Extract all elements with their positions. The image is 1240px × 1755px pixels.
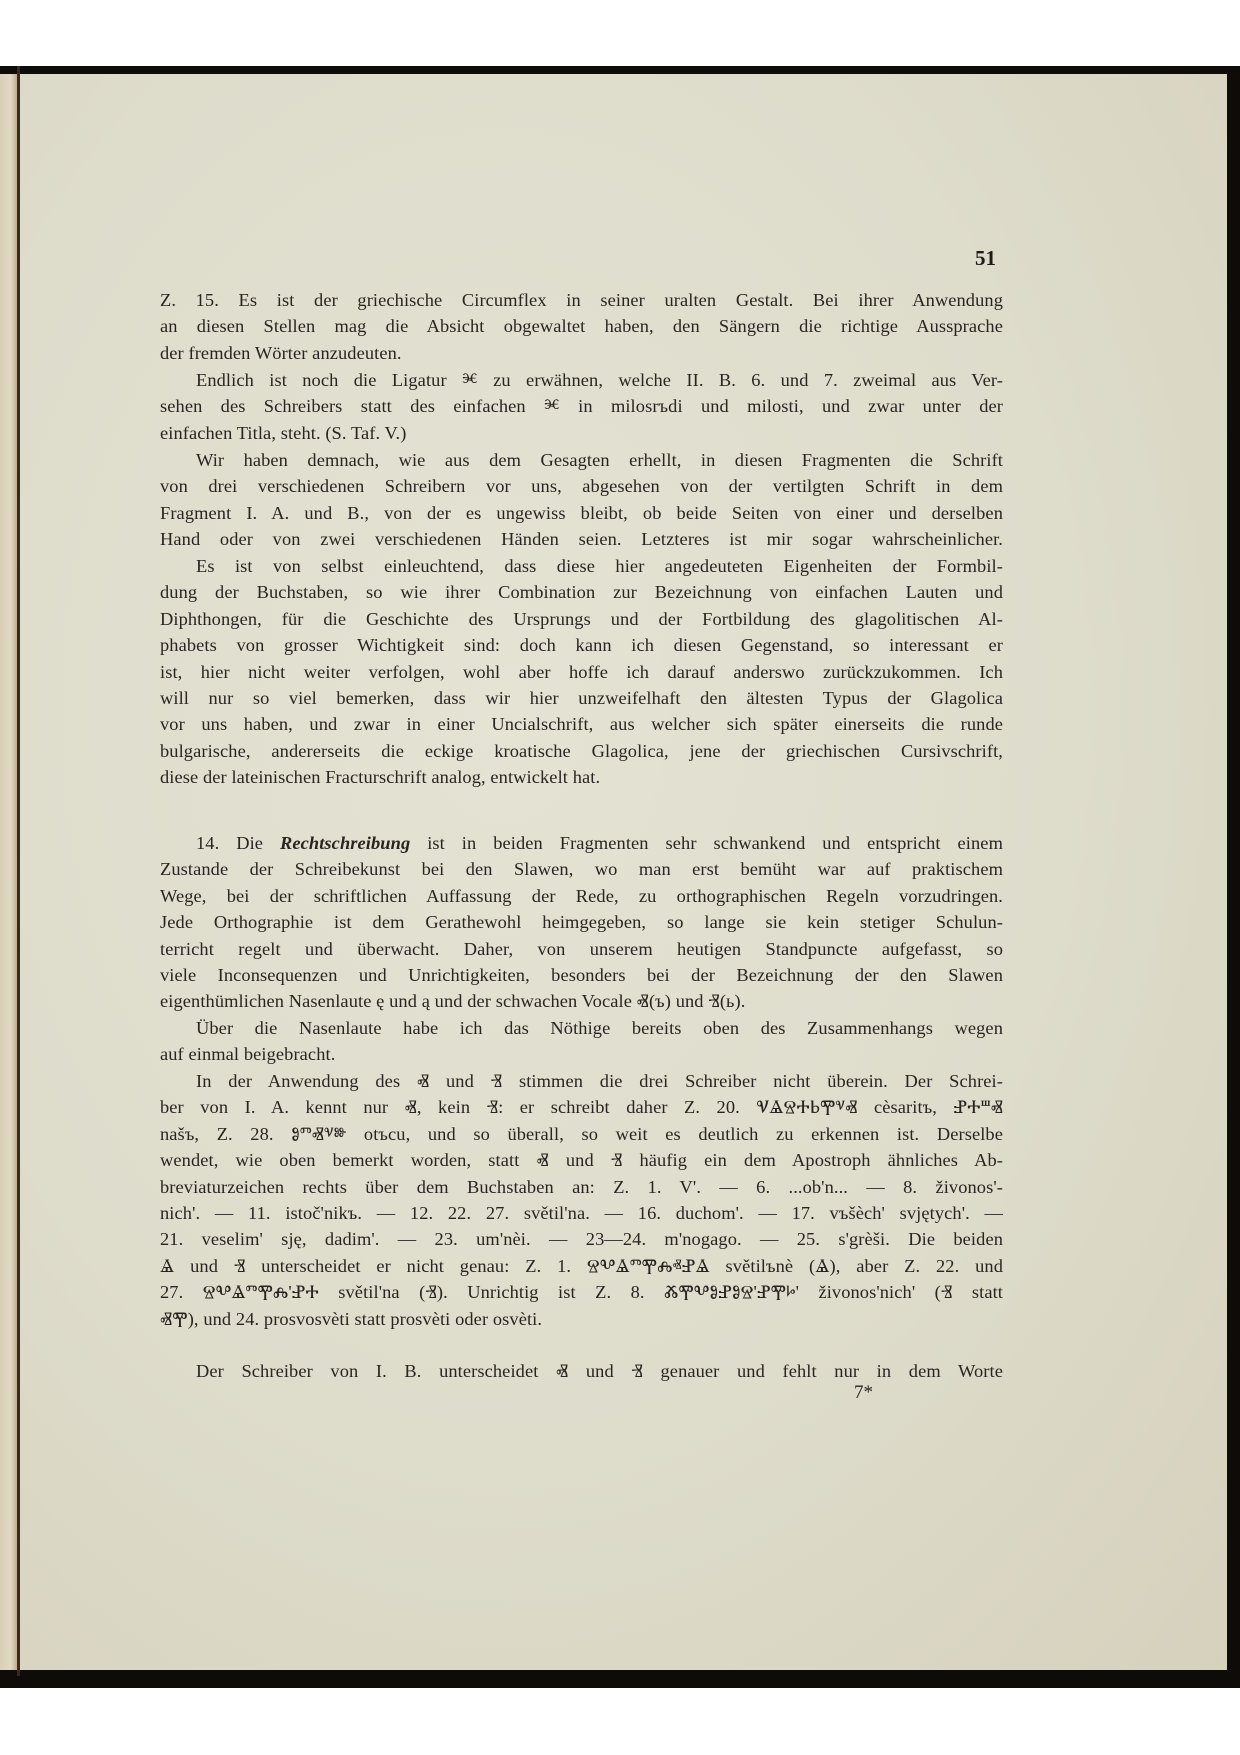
text-line: ist, hier nicht weiter verfolgen, wohl a… xyxy=(160,659,1003,685)
text-line: von drei verschiedenen Schreibern vor un… xyxy=(160,473,1003,499)
paragraph-ligatur: Endlich ist noch die Ligatur ⱗ zu erwähn… xyxy=(160,367,1003,446)
page-number: 51 xyxy=(975,246,996,271)
text-line: will nur so viel bemerken, dass wir hier… xyxy=(160,685,1003,711)
signature-mark: 7* xyxy=(854,1382,873,1404)
text-line: ⰟⰉ), und 24. prosvosvèti statt prosvèti … xyxy=(160,1306,1003,1332)
text-line: sehen des Schreibers statt des einfachen… xyxy=(160,393,1003,419)
text-line: 21. veselim' sję, dadim'. — 23. um'nèi. … xyxy=(160,1226,1003,1252)
text-line: ber von I. A. kennt nur Ⱏ, kein Ⱐ: er sc… xyxy=(160,1094,1003,1120)
paragraph-es-ist: Es ist von selbst einleuchtend, dass die… xyxy=(160,553,1003,791)
text-line: Endlich ist noch die Ligatur ⱗ zu erwähn… xyxy=(160,367,1003,393)
text-line: Zustande der Schreibekunst bei den Slawe… xyxy=(160,856,1003,882)
text-line: In der Anwendung des Ⱏ und Ⱐ stimmen die… xyxy=(160,1068,1003,1094)
text-line: vor uns haben, und zwar in einer Uncials… xyxy=(160,711,1003,737)
text-line: dung der Buchstaben, so wie ihrer Combin… xyxy=(160,579,1003,605)
text-line: Der Schreiber von I. B. unterscheidet Ⱏ … xyxy=(160,1358,1003,1384)
text-line: Z. 15. Es ist der griechische Circumflex… xyxy=(160,287,1003,313)
facing-page-edge xyxy=(0,74,18,1670)
text-line: breviaturzeichen rechts über dem Buchsta… xyxy=(160,1174,1003,1200)
text-line: našъ, Z. 28. ⰑⱅⰟⱌⱆ otъcu, und so überall… xyxy=(160,1121,1003,1147)
text-line: viele Inconsequenzen und Unrichtigkeiten… xyxy=(160,962,1003,988)
text-line: einfachen Titla, steht. (S. Taf. V.) xyxy=(160,420,1003,446)
text-line: 14. Die Rechtschreibung ist in beiden Fr… xyxy=(160,830,1003,856)
text-line: auf einmal beigebracht. xyxy=(160,1041,1003,1067)
paragraph-schreiber-ib: Der Schreiber von I. B. unterscheidet Ⱏ … xyxy=(160,1358,1003,1384)
line-rest: ist in beiden Fragmenten sehr schwankend… xyxy=(427,833,1003,853)
text-line: Wege, bei der schriftlichen Auffassung d… xyxy=(160,883,1003,909)
text-line: der fremden Wörter anzudeuten. xyxy=(160,340,1003,366)
text-line: nich'. — 11. istoč'nikъ. — 12. 22. 27. s… xyxy=(160,1200,1003,1226)
text-line: Ⱑ und Ⱐ unterscheidet er nicht genau: Z.… xyxy=(160,1253,1003,1279)
text-line: diese der lateinischen Fracturschrift an… xyxy=(160,764,1003,790)
paragraph-14-rechtschreibung: 14. Die Rechtschreibung ist in beiden Fr… xyxy=(160,830,1003,1015)
text-line: Diphthongen, für die Geschichte des Ursp… xyxy=(160,606,1003,632)
text-line: Wir haben demnach, wie aus dem Gesagten … xyxy=(160,447,1003,473)
section-prefix: Die xyxy=(236,833,263,853)
text-line: phabets von grosser Wichtigkeit sind: do… xyxy=(160,632,1003,658)
text-line: Es ist von selbst einleuchtend, dass die… xyxy=(160,553,1003,579)
paragraph-z15: Z. 15. Es ist der griechische Circumflex… xyxy=(160,287,1003,366)
section-number: 14. xyxy=(196,833,219,853)
text-line: wendet, wie oben bemerkt worden, statt Ⱏ… xyxy=(160,1147,1003,1173)
text-line: Jede Orthographie ist dem Gerathewohl he… xyxy=(160,909,1003,935)
text-line: an diesen Stellen mag die Absicht obgewa… xyxy=(160,313,1003,339)
emphasis-term: Rechtschreibung xyxy=(280,833,410,853)
paragraph-anwendung: In der Anwendung des Ⱏ und Ⱐ stimmen die… xyxy=(160,1068,1003,1332)
text-line: Fragment I. A. und B., von der es ungewi… xyxy=(160,500,1003,526)
text-line: terricht regelt und überwacht. Daher, vo… xyxy=(160,936,1003,962)
paragraph-wir-haben: Wir haben demnach, wie aus dem Gesagten … xyxy=(160,447,1003,553)
text-line: Über die Nasenlaute habe ich das Nöthige… xyxy=(160,1015,1003,1041)
paragraph-ueber-nasenlaute: Über die Nasenlaute habe ich das Nöthige… xyxy=(160,1015,1003,1068)
text-line: eigenthümlichen Nasenlaute ę und ą und d… xyxy=(160,988,1003,1014)
text-line: Hand oder von zwei verschiedenen Händen … xyxy=(160,526,1003,552)
text-line: 27. ⰔⰂⰡⱅⰉⰎ'ⰐⰀ světil'na (Ⱐ). Unrichtig i… xyxy=(160,1279,1003,1305)
text-line: bulgarische, andererseits die eckige kro… xyxy=(160,738,1003,764)
